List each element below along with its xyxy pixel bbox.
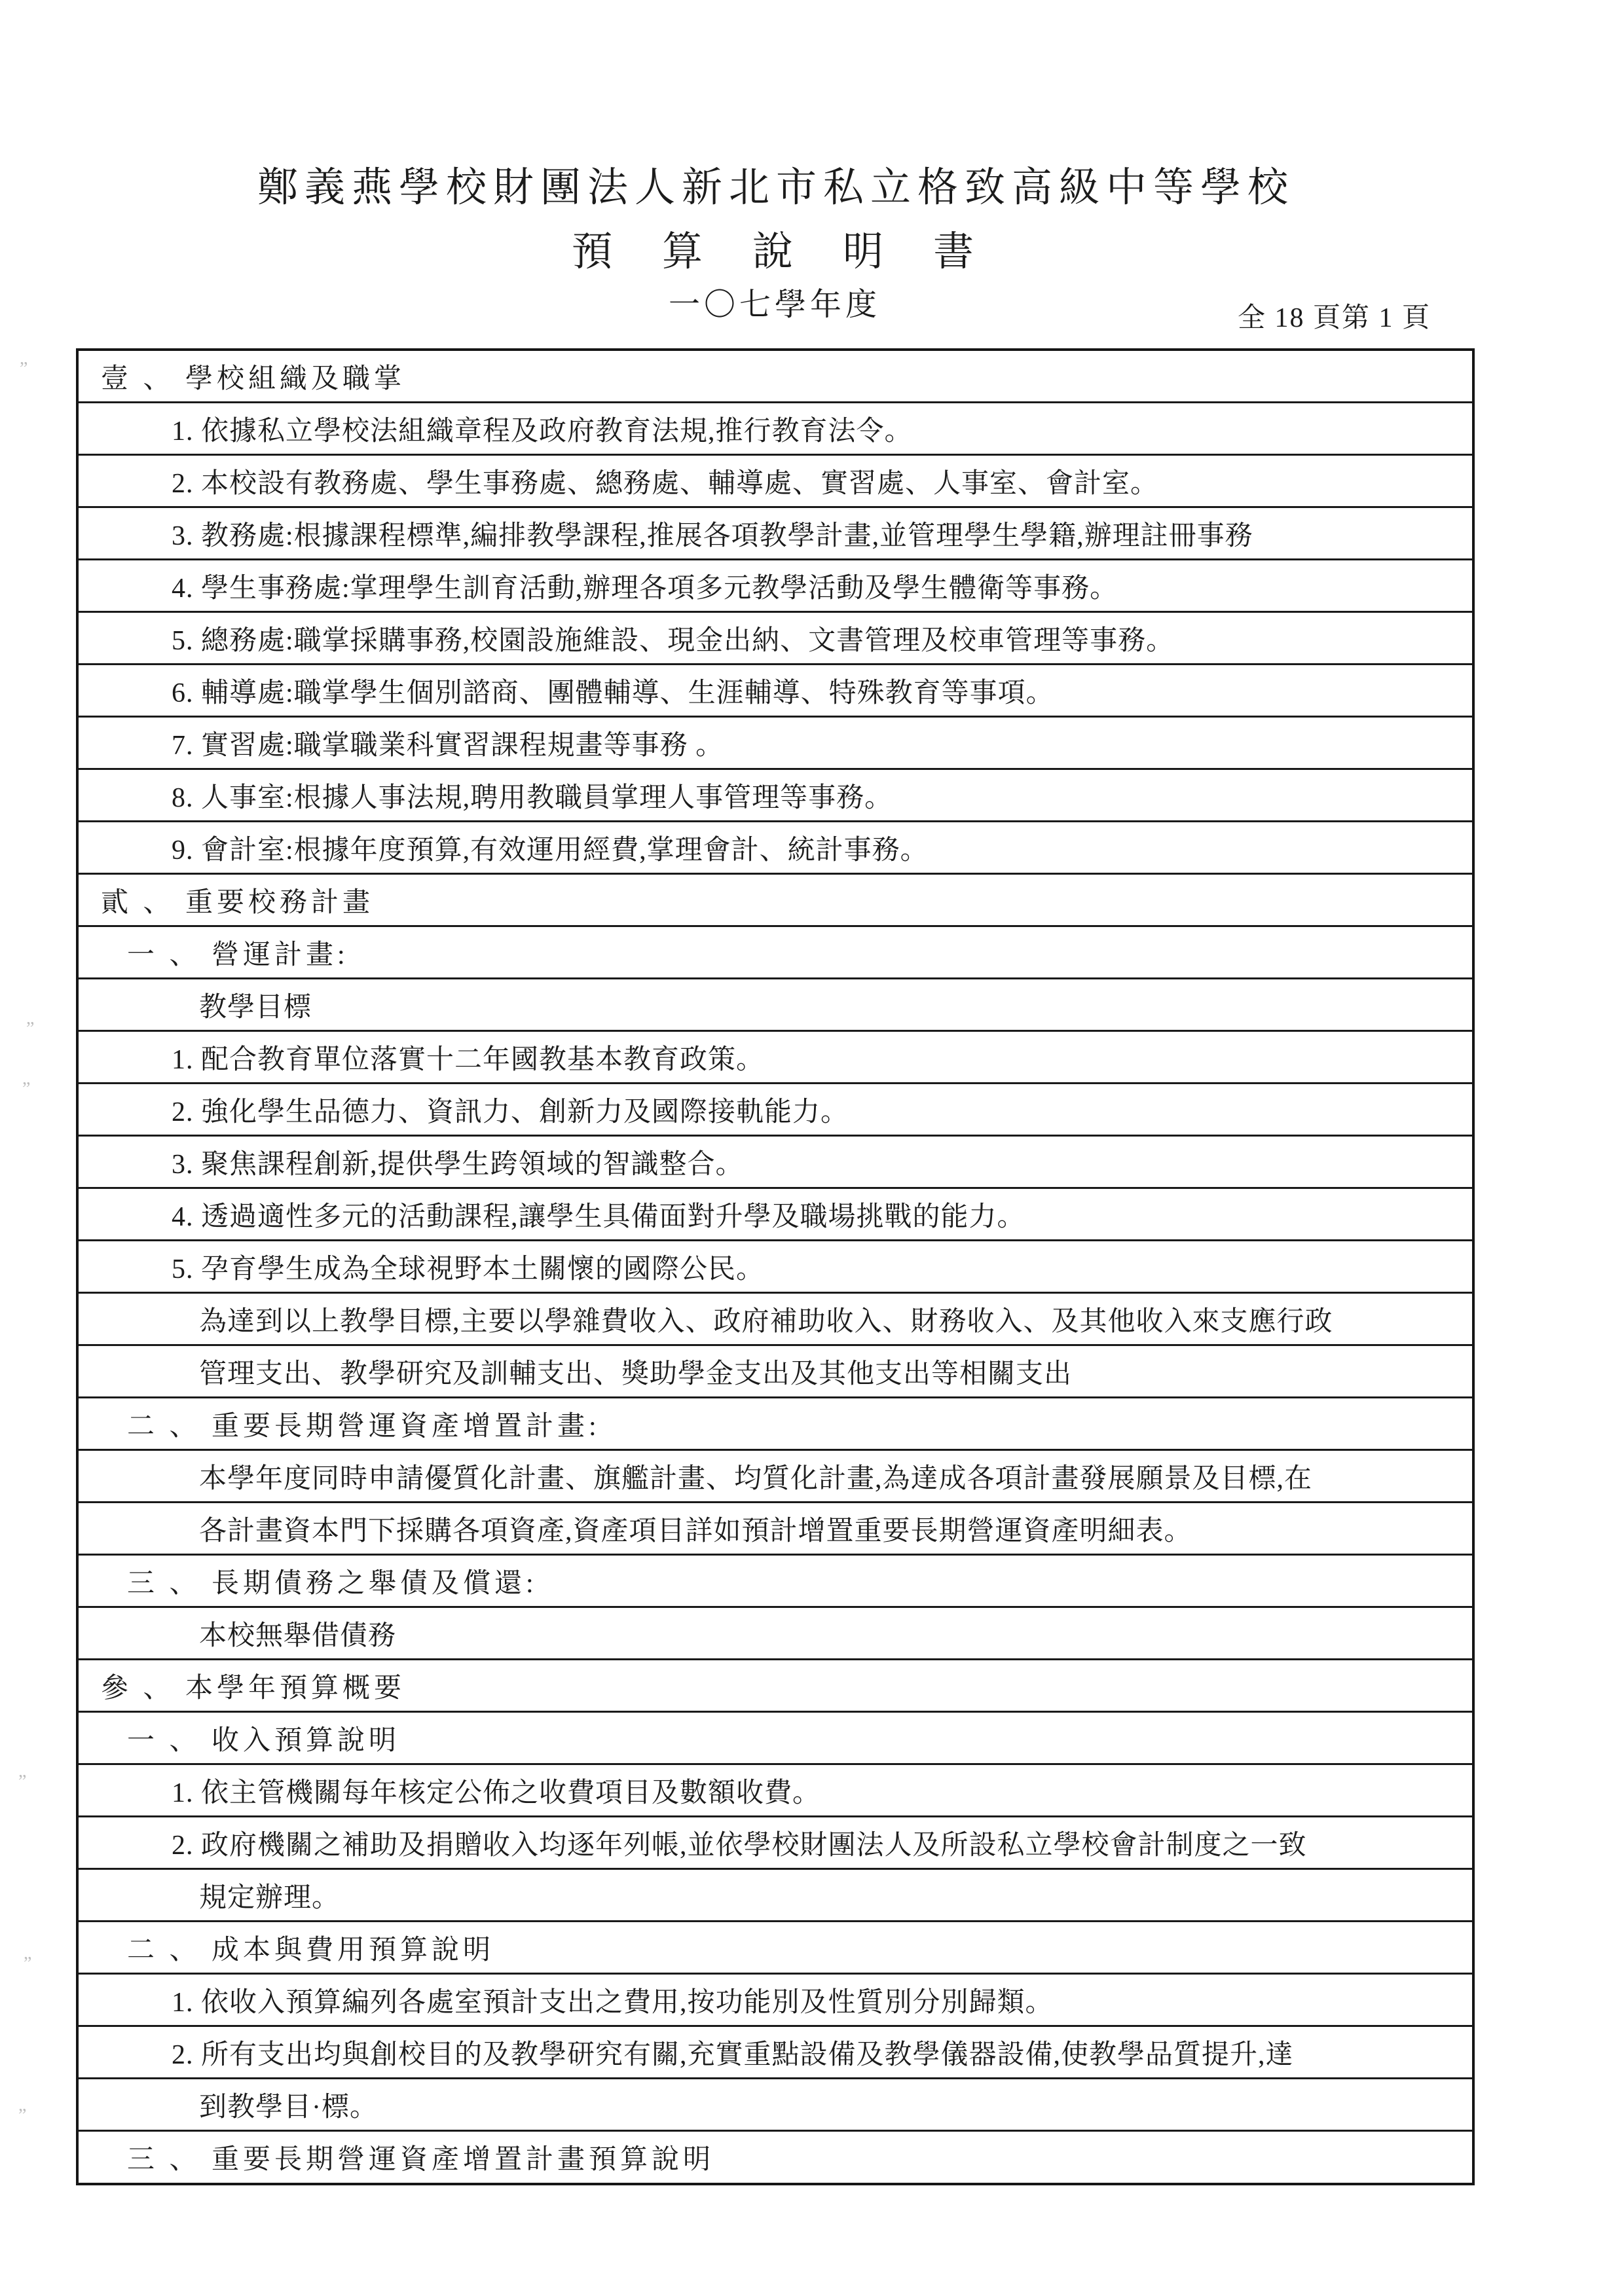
row-text: 2. 所有支出均與創校目的及教學研究有關,充實重點設備及教學儀器設備,使教學品質… [172, 2033, 1294, 2072]
row-text: 參 、 本學年預算概要 [101, 1666, 405, 1705]
table-row: 貳 、 重要校務計畫 [79, 875, 1472, 927]
document-title: 預算說明書 [0, 219, 1545, 277]
row-text: 三 、 重要長期營運資產增置計畫預算說明 [127, 2138, 714, 2177]
table-row: 9. 會計室:根據年度預算,有效運用經費,掌理會計、統計事務。 [79, 822, 1472, 875]
table-row: 參 、 本學年預算概要 [79, 1660, 1472, 1713]
row-text: 管理支出、教學研究及訓輔支出、獎助學金支出及其他支出等相關支出 [199, 1352, 1072, 1391]
row-text: 7. 實習處:職掌職業科實習課程規畫等事務 。 [172, 723, 724, 763]
table-row: 6. 輔導處:職掌學生個別諮商、團體輔導、生涯輔導、特殊教育等事項。 [79, 665, 1472, 718]
row-text: 為達到以上教學目標,主要以學雜費收入、政府補助收入、財務收入、及其他收入來支應行… [199, 1300, 1333, 1339]
row-text: 4. 學生事務處:掌理學生訓育活動,辦理各項多元教學活動及學生體衛等事務。 [172, 566, 1118, 606]
row-text: 8. 人事室:根據人事法規,聘用教職員掌理人事管理等事務。 [172, 776, 893, 815]
table-row: 本校無舉借債務 [79, 1608, 1472, 1660]
scan-speck: ” [26, 1019, 34, 1040]
row-text: 6. 輔導處:職掌學生個別諮商、團體輔導、生涯輔導、特殊教育等事項。 [172, 671, 1054, 710]
table-row: 3. 教務處:根據課程標準,編排教學課程,推展各項教學計畫,並管理學生學籍,辦理… [79, 508, 1472, 560]
table-row: 三 、 重要長期營運資產增置計畫預算說明 [79, 2132, 1472, 2183]
table-row: 規定辦理。 [79, 1870, 1472, 1922]
table-row: 2. 強化學生品德力、資訊力、創新力及國際接軌能力。 [79, 1084, 1472, 1137]
scan-speck: ” [22, 1079, 30, 1100]
scan-speck: ” [18, 2105, 26, 2126]
row-text: 1. 依據私立學校法組織章程及政府教育法規,推行教育法令。 [172, 409, 913, 448]
table-row: 1. 依主管機關每年核定公佈之收費項目及數額收費。 [79, 1765, 1472, 1817]
table-row: 7. 實習處:職掌職業科實習課程規畫等事務 。 [79, 718, 1472, 770]
table-row: 二 、 成本與費用預算說明 [79, 1922, 1472, 1975]
row-text: 1. 依主管機關每年核定公佈之收費項目及數額收費。 [172, 1771, 821, 1810]
row-text: 各計畫資本門下採購各項資產,資產項目詳如預計增置重要長期營運資產明細表。 [199, 1509, 1192, 1548]
table-row: 2. 所有支出均與創校目的及教學研究有關,充實重點設備及教學儀器設備,使教學品質… [79, 2027, 1472, 2079]
table-row: 4. 透過適性多元的活動課程,讓學生具備面對升學及職場挑戰的能力。 [79, 1189, 1472, 1241]
table-row: 三 、 長期債務之舉債及償還: [79, 1556, 1472, 1608]
row-text: 2. 本校設有教務處、學生事務處、總務處、輔導處、實習處、人事室、會計室。 [172, 462, 1158, 501]
row-text: 9. 會計室:根據年度預算,有效運用經費,掌理會計、統計事務。 [172, 828, 929, 867]
table-row: 1. 配合教育單位落實十二年國教基本教育政策。 [79, 1032, 1472, 1084]
row-text: 二 、 成本與費用預算說明 [127, 1928, 494, 1967]
row-text: 1. 配合教育單位落實十二年國教基本教育政策。 [172, 1038, 764, 1077]
row-text: 貳 、 重要校務計畫 [101, 881, 374, 920]
row-text: 一 、 營運計畫: [127, 933, 349, 972]
table-row: 教學目標 [79, 979, 1472, 1032]
scan-speck: ” [18, 1772, 26, 1793]
row-text: 三 、 長期債務之舉債及償還: [127, 1561, 538, 1601]
school-name: 鄭義燕學校財團法人新北市私立格致高級中等學校 [0, 155, 1545, 213]
row-text: 本校無舉借債務 [199, 1614, 396, 1653]
row-text: 本學年度同時申請優質化計畫、旗艦計畫、均質化計畫,為達成各項計畫發展願景及目標,… [199, 1457, 1312, 1496]
row-text: 教學目標 [199, 985, 312, 1025]
row-text: 5. 孕育學生成為全球視野本土關懷的國際公民。 [172, 1247, 764, 1286]
row-text: 5. 總務處:職掌採購事務,校園設施維設、現金出納、文書管理及校車管理等事務。 [172, 619, 1174, 658]
table-row: 2. 政府機關之補助及捐贈收入均逐年列帳,並依學校財團法人及所設私立學校會計制度… [79, 1817, 1472, 1870]
table-row: 一 、 收入預算說明 [79, 1713, 1472, 1765]
table-row: 1. 依收入預算編列各處室預計支出之費用,按功能別及性質別分別歸類。 [79, 1975, 1472, 2027]
document-page: { "page": { "header": { "school_name": "… [0, 0, 1624, 2296]
row-text: 一 、 收入預算說明 [127, 1719, 400, 1758]
row-text: 4. 透過適性多元的活動課程,讓學生具備面對升學及職場挑戰的能力。 [172, 1195, 1025, 1234]
table-row: 到教學目·標。 [79, 2079, 1472, 2132]
row-text: 2. 政府機關之補助及捐贈收入均逐年列帳,並依學校財團法人及所設私立學校會計制度… [172, 1823, 1307, 1863]
row-text: 2. 強化學生品德力、資訊力、創新力及國際接軌能力。 [172, 1090, 849, 1129]
table-row: 管理支出、教學研究及訓輔支出、獎助學金支出及其他支出等相關支出 [79, 1346, 1472, 1398]
row-text: 二 、 重要長期營運資產增置計畫: [127, 1404, 600, 1444]
table-row: 各計畫資本門下採購各項資產,資產項目詳如預計增置重要長期營運資產明細表。 [79, 1503, 1472, 1556]
table-row: 本學年度同時申請優質化計畫、旗艦計畫、均質化計畫,為達成各項計畫發展願景及目標,… [79, 1451, 1472, 1503]
row-text: 3. 教務處:根據課程標準,編排教學課程,推展各項教學計畫,並管理學生學籍,辦理… [172, 514, 1253, 553]
table-row: 1. 依據私立學校法組織章程及政府教育法規,推行教育法令。 [79, 403, 1472, 456]
table-row: 一 、 營運計畫: [79, 927, 1472, 979]
row-text: 3. 聚焦課程創新,提供學生跨領域的智識整合。 [172, 1142, 744, 1182]
scan-speck: ” [24, 1954, 31, 1975]
budget-table: 壹 、 學校組織及職掌1. 依據私立學校法組織章程及政府教育法規,推行教育法令。… [76, 348, 1475, 2185]
row-text: 到教學目·標。 [199, 2085, 378, 2124]
table-row: 壹 、 學校組織及職掌 [79, 351, 1472, 403]
table-row: 為達到以上教學目標,主要以學雜費收入、政府補助收入、財務收入、及其他收入來支應行… [79, 1294, 1472, 1346]
page-count-indicator: 全 18 頁第 1 頁 [1238, 296, 1431, 335]
table-row: 5. 孕育學生成為全球視野本土關懷的國際公民。 [79, 1241, 1472, 1294]
row-text: 1. 依收入預算編列各處室預計支出之費用,按功能別及性質別分別歸類。 [172, 1980, 1054, 2020]
row-text: 壹 、 學校組織及職掌 [101, 357, 405, 396]
table-row: 2. 本校設有教務處、學生事務處、總務處、輔導處、實習處、人事室、會計室。 [79, 456, 1472, 508]
table-row: 5. 總務處:職掌採購事務,校園設施維設、現金出納、文書管理及校車管理等事務。 [79, 613, 1472, 665]
table-row: 二 、 重要長期營運資產增置計畫: [79, 1398, 1472, 1451]
table-row: 3. 聚焦課程創新,提供學生跨領域的智識整合。 [79, 1137, 1472, 1189]
scan-speck: ” [20, 359, 28, 380]
row-text: 規定辦理。 [199, 1876, 340, 1915]
table-row: 8. 人事室:根據人事法規,聘用教職員掌理人事管理等事務。 [79, 770, 1472, 822]
table-row: 4. 學生事務處:掌理學生訓育活動,辦理各項多元教學活動及學生體衛等事務。 [79, 560, 1472, 613]
